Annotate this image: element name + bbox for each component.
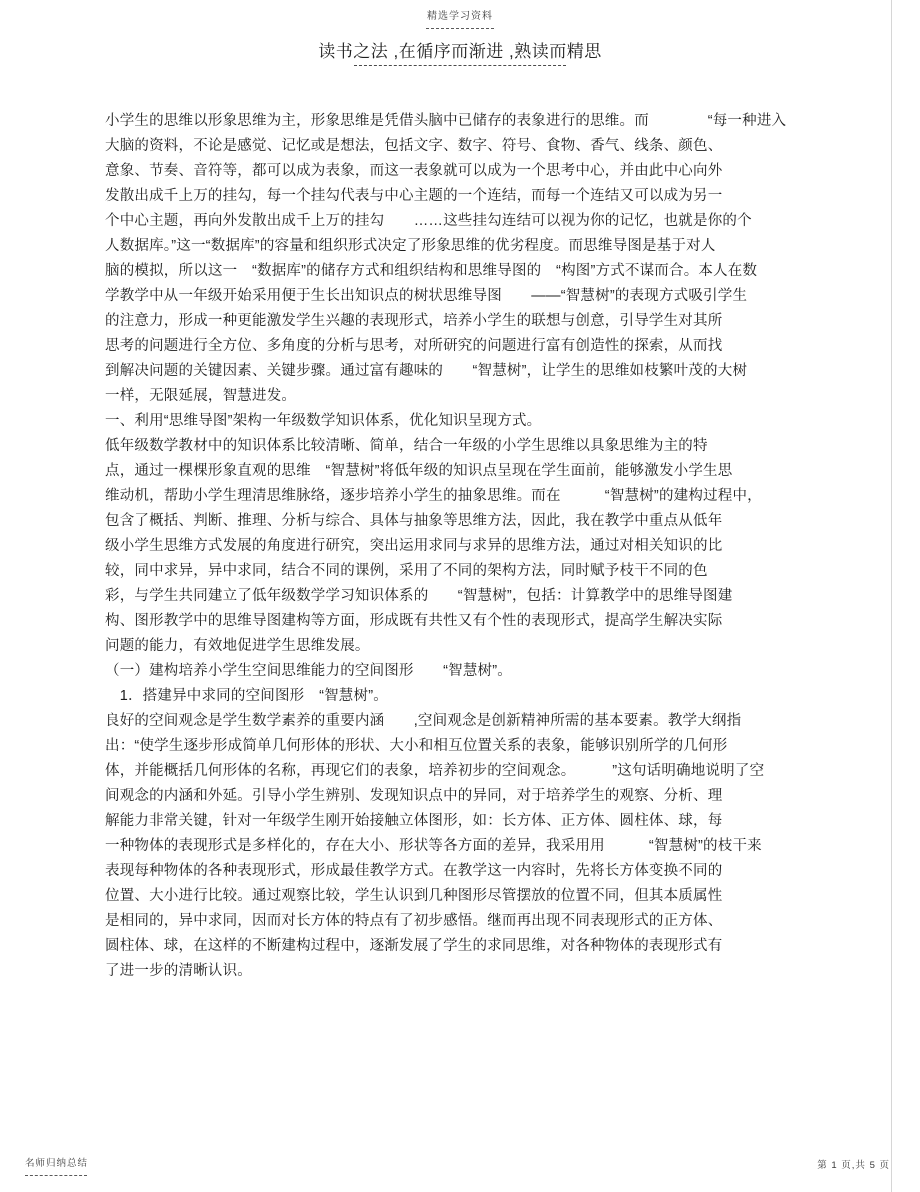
body-line: 表现每种物体的各种表现形式，形成最佳教学方式。在教学这一内容时，先将长方体变换不… <box>105 859 820 884</box>
body-line: 人数据库。”这一“数据库”的容量和组织形式决定了形象思维的优劣程度。而思维导图是… <box>105 234 820 259</box>
body-line: 级小学生思维方式发展的角度进行研究，突出运用求同与求异的思维方法，通过对相关知识… <box>105 534 820 559</box>
body-line: （一）建构培养小学生空间思维能力的空间图形 “智慧树”。 <box>105 659 820 684</box>
body-line: 间观念的内涵和外延。引导小学生辨别、发现知识点中的异同，对于培养学生的观察、分析… <box>105 784 820 809</box>
body-line: 一、利用“思维导图”架构一年级数学知识体系，优化知识呈现方式。 <box>105 409 820 434</box>
document-body: 小学生的思维以形象思维为主，形象思维是凭借头脑中已储存的表象进行的思维。而 “每… <box>105 109 820 984</box>
body-line: 较，同中求异，异中求同，结合不同的课例，采用了不同的架构方法，同时赋予枝干不同的… <box>105 559 820 584</box>
body-line: 位置、大小进行比较。通过观察比较，学生认识到几种图形尽管摆放的位置不同，但其本质… <box>105 884 820 909</box>
body-line: 问题的能力，有效地促进学生思维发展。 <box>105 634 820 659</box>
body-line: 脑的模拟，所以这一 “数据库”的储存方式和组织结构和思维导图的 “构图”方式不谋… <box>105 259 820 284</box>
body-line: 一样，无限延展，智慧进发。 <box>105 384 820 409</box>
body-line: 到解决问题的关键因素、关键步骤。通过富有趣味的 “智慧树”，让学生的思维如枝繁叶… <box>105 359 820 384</box>
header-motto: 读书之法 ,在循序而渐进 ,熟读而精思 <box>0 42 920 61</box>
body-line: 点，通过一棵棵形象直观的思维 “智慧树”将低年级的知识点呈现在学生面前，能够激发… <box>105 459 820 484</box>
body-line: 圆柱体、球，在这样的不断建构过程中，逐渐发展了学生的求同思维，对各种物体的表现形… <box>105 934 820 959</box>
body-line: 构、图形教学中的思维导图建构等方面，形成既有共性又有个性的表现形式，提高学生解决… <box>105 609 820 634</box>
body-line: 出：“使学生逐步形成简单几何形体的形状、大小和相互位置关系的表象，能够识别所学的… <box>105 734 820 759</box>
body-line: 是相同的，异中求同，因而对长方体的特点有了初步感悟。继而再出现不同表现形式的正方… <box>105 909 820 934</box>
header-note-underline <box>426 27 494 29</box>
page-number: 第 1 页,共 5 页 <box>817 1157 890 1171</box>
body-line: 大脑的资料，不论是感觉、记忆或是想法，包括文字、数字、符号、食物、香气、线条、颜… <box>105 134 820 159</box>
document-page: 精选学习资料 读书之法 ,在循序而渐进 ,熟读而精思 小学生的思维以形象思维为主… <box>0 0 920 1192</box>
footer-note-underline <box>25 1174 87 1176</box>
body-line: 小学生的思维以形象思维为主，形象思维是凭借头脑中已储存的表象进行的思维。而 “每… <box>105 109 820 134</box>
body-line: 解能力非常关键，针对一年级学生刚开始接触立体图形，如：长方体、正方体、圆柱体、球… <box>105 809 820 834</box>
body-line: 一种物体的表现形式是多样化的，存在大小、形状等各方面的差异，我采用用 “智慧树”… <box>105 834 820 859</box>
body-line: 低年级数学教材中的知识体系比较清晰、简单，结合一年级的小学生思维以具象思维为主的… <box>105 434 820 459</box>
header-note: 精选学习资料 <box>427 11 493 23</box>
body-line: 良好的空间观念是学生数学素养的重要内涵 ,空间观念是创新精神所需的基本要素。教学… <box>105 709 820 734</box>
body-line: 彩，与学生共同建立了低年级数学学习知识体系的 “智慧树”，包括：计算教学中的思维… <box>105 584 820 609</box>
page-header: 精选学习资料 读书之法 ,在循序而渐进 ,熟读而精思 <box>0 6 920 66</box>
body-line: 的注意力，形成一种更能激发学生兴趣的表现形式，培养小学生的联想与创意，引导学生对… <box>105 309 820 334</box>
body-line: 了进一步的清晰认识。 <box>105 959 820 984</box>
body-line: 1．搭建异中求同的空间图形 “智慧树”。 <box>105 684 820 709</box>
body-line: 包含了概括、判断、推理、分析与综合、具体与抽象等思维方法，因此，我在教学中重点从… <box>105 509 820 534</box>
body-line: 体，并能概括几何形体的名称，再现它们的表象，培养初步的空间观念。 ”这句话明确地… <box>105 759 820 784</box>
body-line: 意象、节奏、音符等，都可以成为表象，而这一表象就可以成为一个思考中心，并由此中心… <box>105 159 820 184</box>
body-line: 维动机，帮助小学生理清思维脉络，逐步培养小学生的抽象思维。而在 “智慧树”的建构… <box>105 484 820 509</box>
body-line: 思考的问题进行全方位、多角度的分析与思考，对所研究的问题进行富有创造性的探索，从… <box>105 334 820 359</box>
footer-note: 名师归纳总结 <box>25 1155 88 1169</box>
header-motto-underline <box>354 64 566 66</box>
page-edge-divider <box>891 0 892 1192</box>
body-line: 学教学中从一年级开始采用便于生长出知识点的树状思维导图 ——“智慧树”的表现方式… <box>105 284 820 309</box>
body-line: 个中心主题，再向外发散出成千上万的挂勾 ……这些挂勾连结可以视为你的记忆，也就是… <box>105 209 820 234</box>
body-line: 发散出成千上万的挂勾，每一个挂勾代表与中心主题的一个连结，而每一个连结又可以成为… <box>105 184 820 209</box>
